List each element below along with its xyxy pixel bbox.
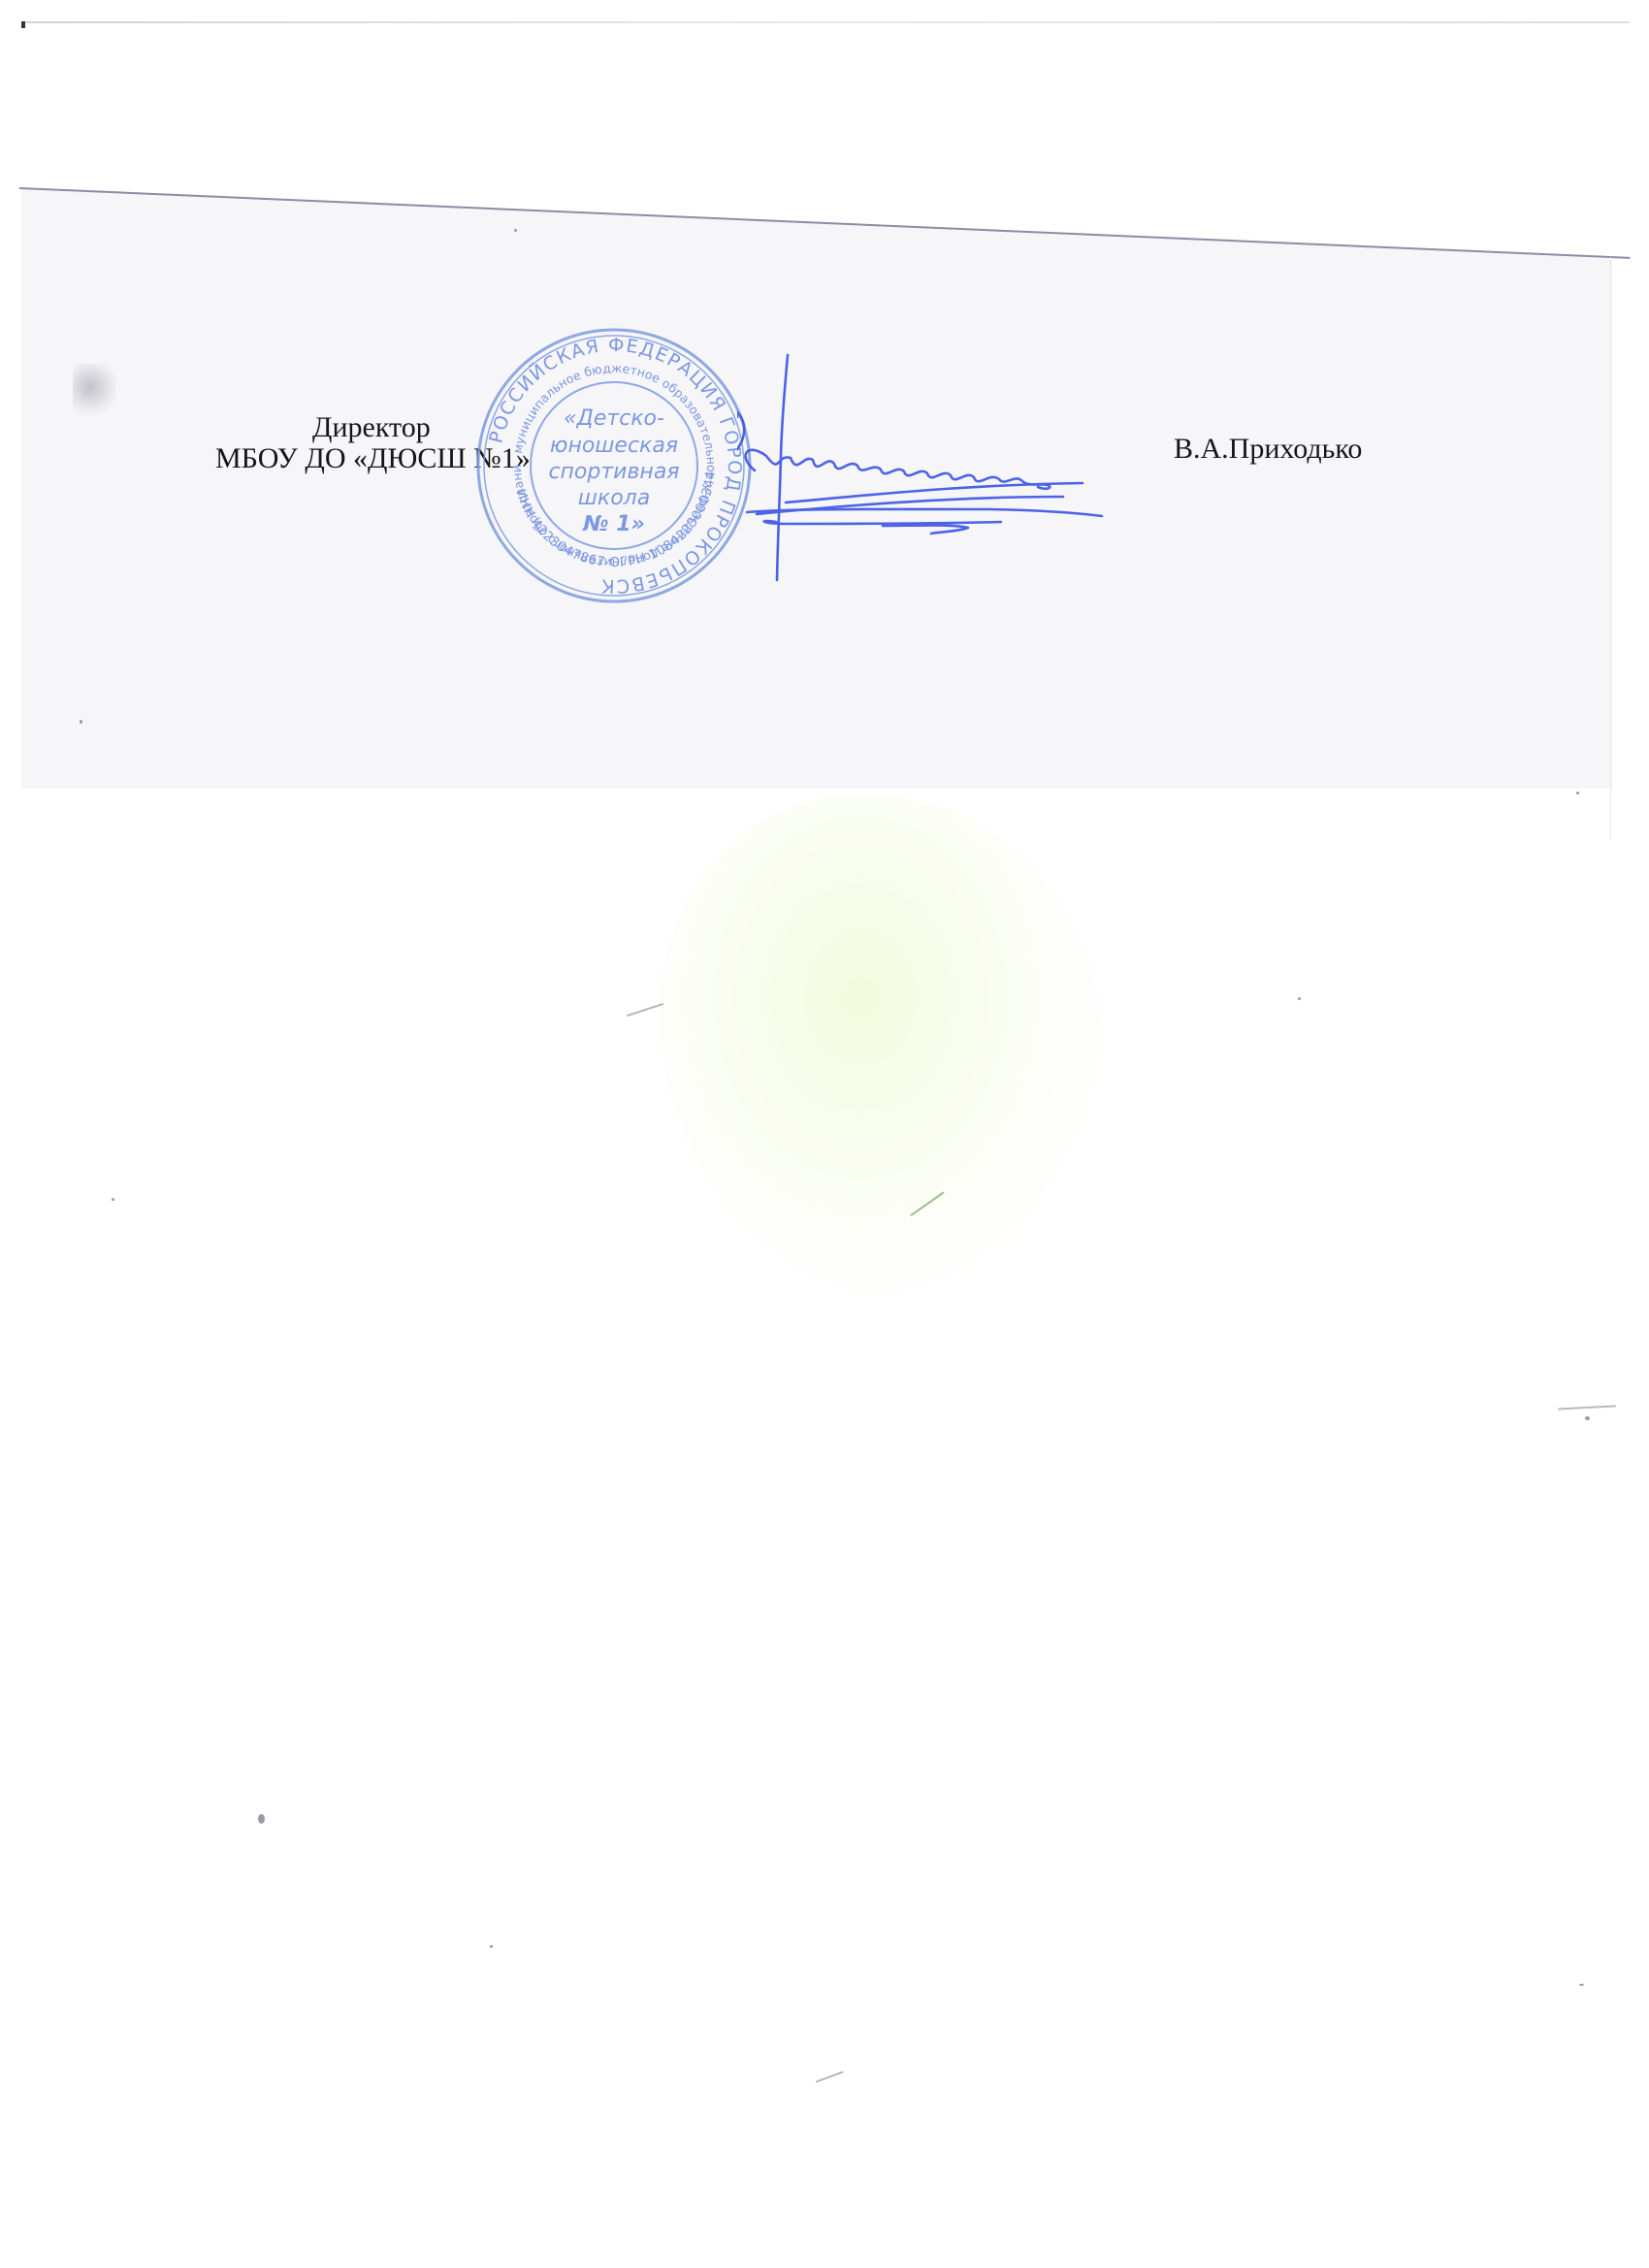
speck [1298,997,1301,1000]
svg-text:спортивная: спортивная [548,460,679,484]
ink-smudge [73,364,116,422]
speck [1576,792,1579,794]
scratch [627,1003,664,1017]
position-title: Директор [312,413,431,442]
scan-corner-mark [21,21,25,28]
speck [1585,1416,1590,1420]
paper-stain [660,795,1106,1300]
signatory-name: В.А.Приходько [1174,435,1362,464]
official-stamp-icon: РОССИЙСКАЯ ФЕДЕРАЦИЯ ГОРОД ПРОКОПЬЕВСК м… [473,325,755,606]
svg-text:№ 1»: № 1» [582,512,645,536]
scratch [816,2071,844,2083]
speck [112,1198,114,1201]
scanned-page: Директор МБОУ ДО «ДЮСШ №1» В.А.Приходько… [0,0,1649,2268]
sheet-right-edge [1610,257,1611,839]
svg-text:юношеская: юношеская [550,434,678,458]
svg-text:школа: школа [578,486,650,510]
speck [1579,1984,1584,1986]
speck [490,1945,493,1948]
scan-top-edge [21,21,1630,23]
speck [258,1814,265,1824]
scratch [1558,1405,1616,1409]
svg-text:«Детско-: «Детско- [564,406,664,431]
handwritten-signature-icon [737,340,1125,592]
speck [80,720,82,724]
speck [514,229,517,232]
